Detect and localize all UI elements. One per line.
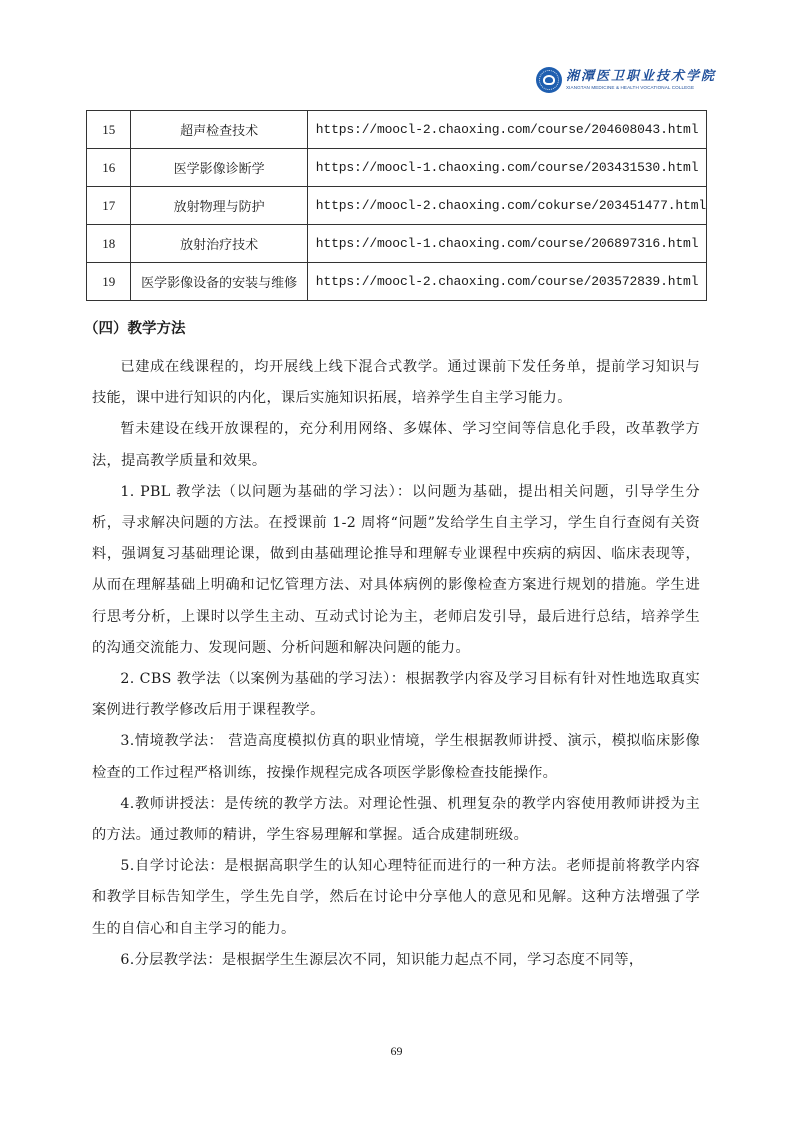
course-url[interactable]: https://moocl-1.chaoxing.com/course/2034…	[307, 149, 706, 187]
logo-text: 湘潭医卫职业技术学院 XIANGTAN MEDICINE & HEALTH VO…	[566, 69, 716, 91]
row-number: 16	[87, 149, 131, 187]
paragraph-self-study-method: 5.自学讨论法：是根据高职学生的认知心理特征而进行的一种方法。老师提前将教学内容…	[92, 851, 700, 945]
paragraph-cbs-method: 2. CBS 教学法（以案例为基础的学习法）：根据教学内容及学习目标有针对性地选…	[92, 664, 700, 726]
section-heading: （四）教学方法	[84, 318, 700, 340]
paragraph-situational-method: 3.情境教学法： 营造高度模拟仿真的职业情境，学生根据教师讲授、演示，模拟临床影…	[92, 726, 700, 788]
row-number: 18	[87, 225, 131, 263]
page-number: 69	[0, 1044, 793, 1059]
row-number: 17	[87, 187, 131, 225]
course-url[interactable]: https://moocl-2.chaoxing.com/course/2046…	[307, 111, 706, 149]
logo-english-name: XIANGTAN MEDICINE & HEALTH VOCATIONAL CO…	[566, 84, 716, 91]
logo-chinese-name: 湘潭医卫职业技术学院	[566, 69, 716, 84]
table-row: 15 超声检查技术 https://moocl-2.chaoxing.com/c…	[87, 111, 707, 149]
course-name: 放射物理与防护	[131, 187, 307, 225]
course-name: 医学影像诊断学	[131, 149, 307, 187]
table-row: 17 放射物理与防护 https://moocl-2.chaoxing.com/…	[87, 187, 707, 225]
paragraph-lecture-method: 4.教师讲授法：是传统的教学方法。对理论性强、机理复杂的教学内容使用教师讲授为主…	[92, 789, 700, 851]
course-name: 医学影像设备的安装与维修	[131, 263, 307, 301]
row-number: 19	[87, 263, 131, 301]
college-logo: 湘潭医卫职业技术学院 XIANGTAN MEDICINE & HEALTH VO…	[536, 66, 716, 94]
table-row: 16 医学影像诊断学 https://moocl-1.chaoxing.com/…	[87, 149, 707, 187]
paragraph-online-courses: 已建成在线课程的，均开展线上线下混合式教学。通过课前下发任务单，提前学习知识与技…	[92, 352, 700, 414]
college-emblem-icon	[536, 67, 562, 93]
teaching-methods-section: （四）教学方法 已建成在线课程的，均开展线上线下混合式教学。通过课前下发任务单，…	[92, 318, 700, 976]
course-link-table: 15 超声检查技术 https://moocl-2.chaoxing.com/c…	[86, 110, 707, 301]
course-name: 超声检查技术	[131, 111, 307, 149]
table-row: 18 放射治疗技术 https://moocl-1.chaoxing.com/c…	[87, 225, 707, 263]
course-url[interactable]: https://moocl-1.chaoxing.com/course/2068…	[307, 225, 706, 263]
course-url[interactable]: https://moocl-2.chaoxing.com/course/2035…	[307, 263, 706, 301]
paragraph-no-online-courses: 暂未建设在线开放课程的，充分利用网络、多媒体、学习空间等信息化手段，改革教学方法…	[92, 414, 700, 476]
course-name: 放射治疗技术	[131, 225, 307, 263]
paragraph-tiered-method: 6.分层教学法：是根据学生生源层次不同，知识能力起点不同，学习态度不同等，	[92, 945, 700, 976]
course-url[interactable]: https://moocl-2.chaoxing.com/cokurse/203…	[307, 187, 706, 225]
table-row: 19 医学影像设备的安装与维修 https://moocl-2.chaoxing…	[87, 263, 707, 301]
row-number: 15	[87, 111, 131, 149]
paragraph-pbl-method: 1. PBL 教学法（以问题为基础的学习法）：以问题为基础，提出相关问题，引导学…	[92, 477, 700, 664]
